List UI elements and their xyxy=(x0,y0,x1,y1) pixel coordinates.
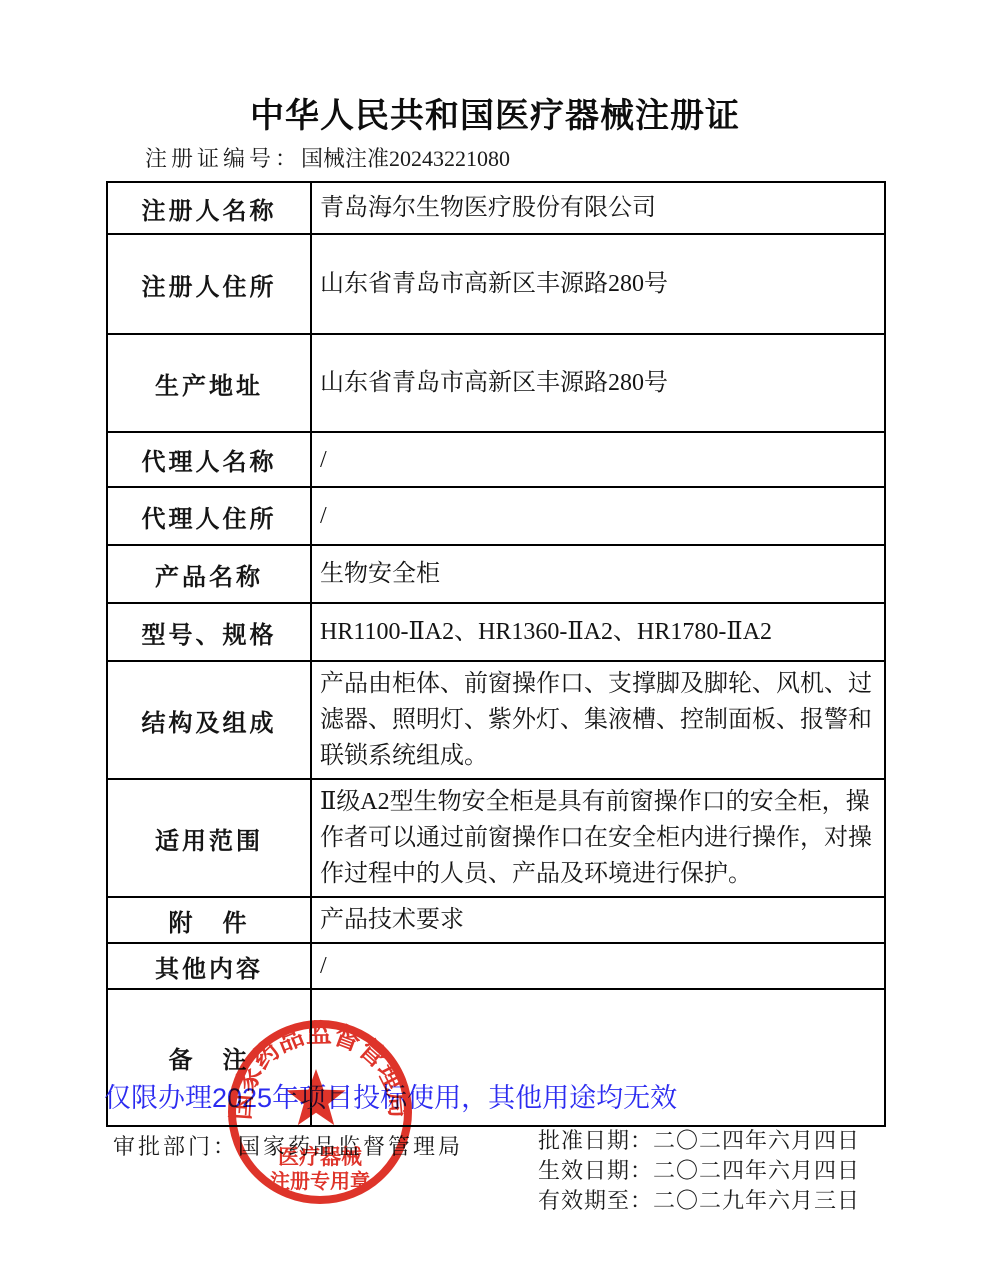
expiry-date-value: 二〇二九年六月三日 xyxy=(653,1188,860,1213)
approval-date-value: 二〇二四年六月四日 xyxy=(653,1128,860,1153)
approval-date-label: 批准日期： xyxy=(538,1128,653,1153)
row-value: 山东省青岛市高新区丰源路280号 xyxy=(311,234,885,334)
certificate-page: 中华人民共和国医疗器械注册证 注册证编号：国械注准20243221080 注册人… xyxy=(0,0,990,1281)
row-value: / xyxy=(311,487,885,545)
effective-date-label: 生效日期： xyxy=(538,1158,653,1183)
registration-number-line: 注册证编号：国械注准20243221080 xyxy=(145,142,510,173)
effective-date-line: 生效日期：二〇二四年六月四日 xyxy=(538,1156,860,1186)
page-title: 中华人民共和国医疗器械注册证 xyxy=(0,88,990,137)
row-label: 附 件 xyxy=(107,897,311,943)
expiry-date-label: 有效期至： xyxy=(538,1188,653,1213)
row-label: 结构及组成 xyxy=(107,661,311,779)
approval-date-line: 批准日期：二〇二四年六月四日 xyxy=(538,1126,860,1156)
table-row: 结构及组成 产品由柜体、前窗操作口、支撑脚及脚轮、风机、过滤器、照明灯、紫外灯、… xyxy=(107,661,885,779)
official-seal-stamp: 国家药品监督管理局 医疗器械 注册专用章 xyxy=(227,1019,413,1205)
row-label: 注册人住所 xyxy=(107,234,311,334)
registration-number-label: 注册证编号： xyxy=(145,146,301,171)
row-value: Ⅱ级A2型生物安全柜是具有前窗操作口的安全柜，操作者可以通过前窗操作口在安全柜内… xyxy=(311,779,885,897)
registration-number-value: 国械注准20243221080 xyxy=(301,146,510,171)
expiry-date-line: 有效期至：二〇二九年六月三日 xyxy=(538,1186,860,1216)
row-label: 代理人名称 xyxy=(107,432,311,487)
row-label: 代理人住所 xyxy=(107,487,311,545)
row-value: HR1100-ⅡA2、HR1360-ⅡA2、HR1780-ⅡA2 xyxy=(311,603,885,661)
stamp-line2: 注册专用章 xyxy=(270,1169,370,1193)
table-row: 代理人住所 / xyxy=(107,487,885,545)
row-value: / xyxy=(311,432,885,487)
table-row: 注册人名称 青岛海尔生物医疗股份有限公司 xyxy=(107,182,885,234)
row-label: 型号、规格 xyxy=(107,603,311,661)
row-label: 注册人名称 xyxy=(107,182,311,234)
effective-date-value: 二〇二四年六月四日 xyxy=(653,1158,860,1183)
table-row: 适用范围 Ⅱ级A2型生物安全柜是具有前窗操作口的安全柜，操作者可以通过前窗操作口… xyxy=(107,779,885,897)
table-row: 产品名称 生物安全柜 xyxy=(107,545,885,603)
row-value: 生物安全柜 xyxy=(311,545,885,603)
table-row: 附 件 产品技术要求 xyxy=(107,897,885,943)
row-value: 产品由柜体、前窗操作口、支撑脚及脚轮、风机、过滤器、照明灯、紫外灯、集液槽、控制… xyxy=(311,661,885,779)
row-label: 生产地址 xyxy=(107,334,311,432)
row-value: / xyxy=(311,943,885,989)
table-row: 型号、规格 HR1100-ⅡA2、HR1360-ⅡA2、HR1780-ⅡA2 xyxy=(107,603,885,661)
table-row: 代理人名称 / xyxy=(107,432,885,487)
row-label: 产品名称 xyxy=(107,545,311,603)
certificate-table: 注册人名称 青岛海尔生物医疗股份有限公司 注册人住所 山东省青岛市高新区丰源路2… xyxy=(106,181,886,1127)
row-value: 产品技术要求 xyxy=(311,897,885,943)
table-row: 生产地址 山东省青岛市高新区丰源路280号 xyxy=(107,334,885,432)
row-label: 适用范围 xyxy=(107,779,311,897)
table-row: 其他内容 / xyxy=(107,943,885,989)
approval-department-label: 审批部门： xyxy=(113,1134,238,1159)
certificate-dates: 批准日期：二〇二四年六月四日 生效日期：二〇二四年六月四日 有效期至：二〇二九年… xyxy=(538,1126,860,1216)
stamp-graphic: 国家药品监督管理局 医疗器械 注册专用章 xyxy=(227,1019,413,1205)
stamp-star-icon xyxy=(287,1069,346,1125)
table-row: 注册人住所 山东省青岛市高新区丰源路280号 xyxy=(107,234,885,334)
row-value: 山东省青岛市高新区丰源路280号 xyxy=(311,334,885,432)
stamp-line1: 医疗器械 xyxy=(278,1145,363,1169)
row-value: 青岛海尔生物医疗股份有限公司 xyxy=(311,182,885,234)
row-label: 其他内容 xyxy=(107,943,311,989)
